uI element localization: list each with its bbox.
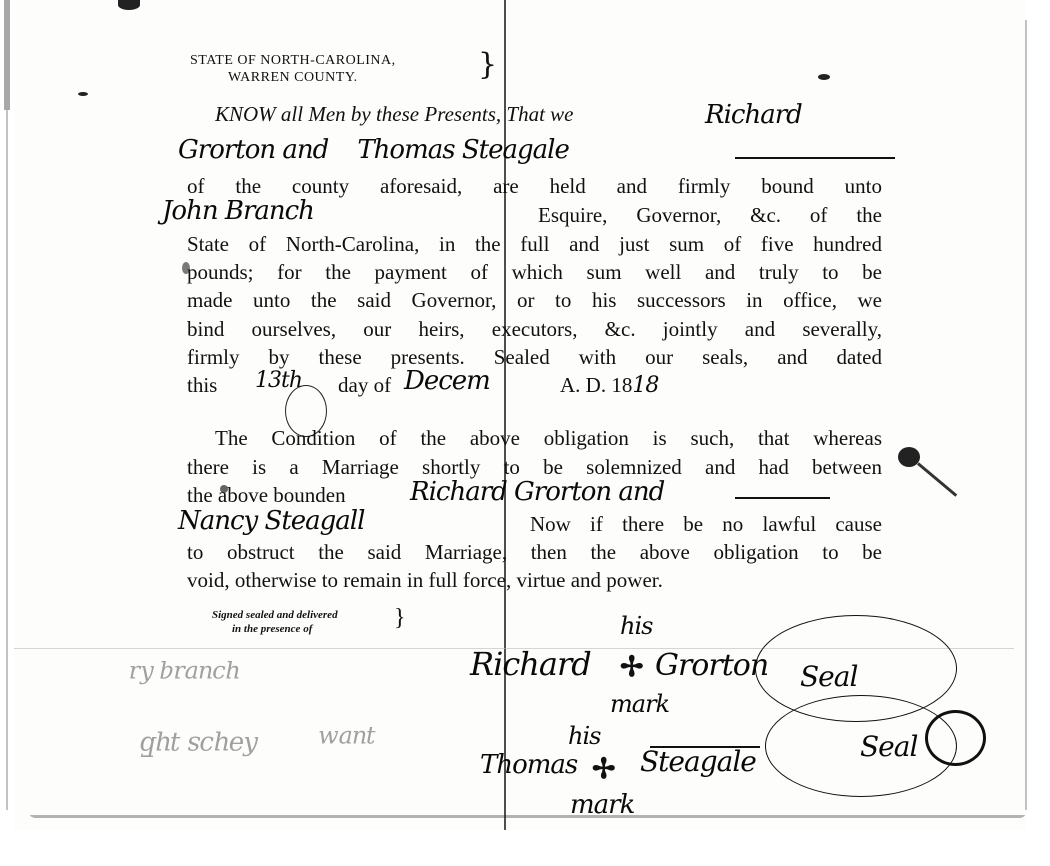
successors-line: made unto the said Governor, or to his s… <box>187 288 882 313</box>
bleedthrough-handwriting: ʎǝɥɔs ʇɥƃ <box>140 730 258 760</box>
signature-2-first: Thomas <box>480 750 577 780</box>
paper-edge-bottom <box>30 815 1025 836</box>
signature-1-first: Richard <box>470 645 591 683</box>
signature-2-seal: Seal <box>860 730 917 763</box>
payment-line: pounds; for the payment of which sum wel… <box>187 260 882 285</box>
ink-blot <box>118 0 140 10</box>
signature-1-seal: Seal <box>800 660 857 693</box>
handwritten-governor: John Branch <box>162 196 314 226</box>
date-line-year: A. D. 1818 <box>560 373 710 398</box>
paper-edge-right <box>1025 20 1027 810</box>
heirs-line: bind ourselves, our heirs, executors, &c… <box>187 317 882 342</box>
signature-2-last: Steagale <box>640 745 756 778</box>
header-county: WARREN COUNTY. <box>190 69 396 86</box>
handwritten-bride: Nancy Steagall <box>178 506 364 536</box>
signature-2-mark: mark <box>570 790 634 820</box>
brace-icon: } <box>394 606 406 630</box>
brace-icon: } <box>478 50 497 80</box>
header-state: STATE OF NORTH-CAROLINA, <box>190 52 396 69</box>
signature-1-mark-cross-icon: ✢ <box>620 650 643 684</box>
handwritten-groom: Richard Grorton and <box>410 477 664 507</box>
esquire-line: Esquire, Governor, &c. of the <box>538 203 882 228</box>
condition-line-6: void, otherwise to remain in full force,… <box>187 568 882 593</box>
know-all-men-line: KNOW all Men by these Presents, That we <box>215 102 695 127</box>
signature-underline <box>650 746 760 748</box>
signature-1-his: his <box>620 612 652 640</box>
handwritten-obligor-1-first: Richard <box>705 100 802 130</box>
witness-label: Signed sealed and delivered in the prese… <box>212 608 338 636</box>
sum-line: State of North-Carolina, in the full and… <box>187 232 882 257</box>
date-line-this: this <box>187 373 247 398</box>
bleedthrough-handwriting: ɥɔuɐɹq ʎɹ <box>130 660 240 688</box>
condition-line-3: the above bounden <box>187 483 407 508</box>
fill-in-line <box>735 157 895 159</box>
handwritten-obligors: Grorton and Thomas Steagale <box>178 135 569 165</box>
signature-2-his: his <box>568 722 600 750</box>
bleedthrough-handwriting: ʇuɐʍ <box>320 725 376 753</box>
condition-line-1: The Condition of the above obligation is… <box>215 426 882 451</box>
signature-1-mark: mark <box>610 690 669 718</box>
ink-blot <box>818 74 830 80</box>
paper-edge-left-line <box>6 110 8 810</box>
sealed-line: firmly by these presents. Sealed with ou… <box>187 345 882 370</box>
signature-2-mark-cross-icon: ✢ <box>592 752 615 786</box>
paper-edge-left <box>4 0 10 110</box>
document-header: STATE OF NORTH-CAROLINA, WARREN COUNTY. <box>190 52 396 86</box>
fill-in-line <box>735 497 830 499</box>
signature-1-last: Grorton <box>655 648 768 683</box>
condition-line-5: to obstruct the said Marriage, then the … <box>187 540 882 565</box>
wax-seal-flourish <box>925 710 986 766</box>
condition-line-4: Now if there be no lawful cause <box>530 512 882 537</box>
handwritten-month: Decem <box>404 366 490 396</box>
ink-blot <box>78 92 88 96</box>
